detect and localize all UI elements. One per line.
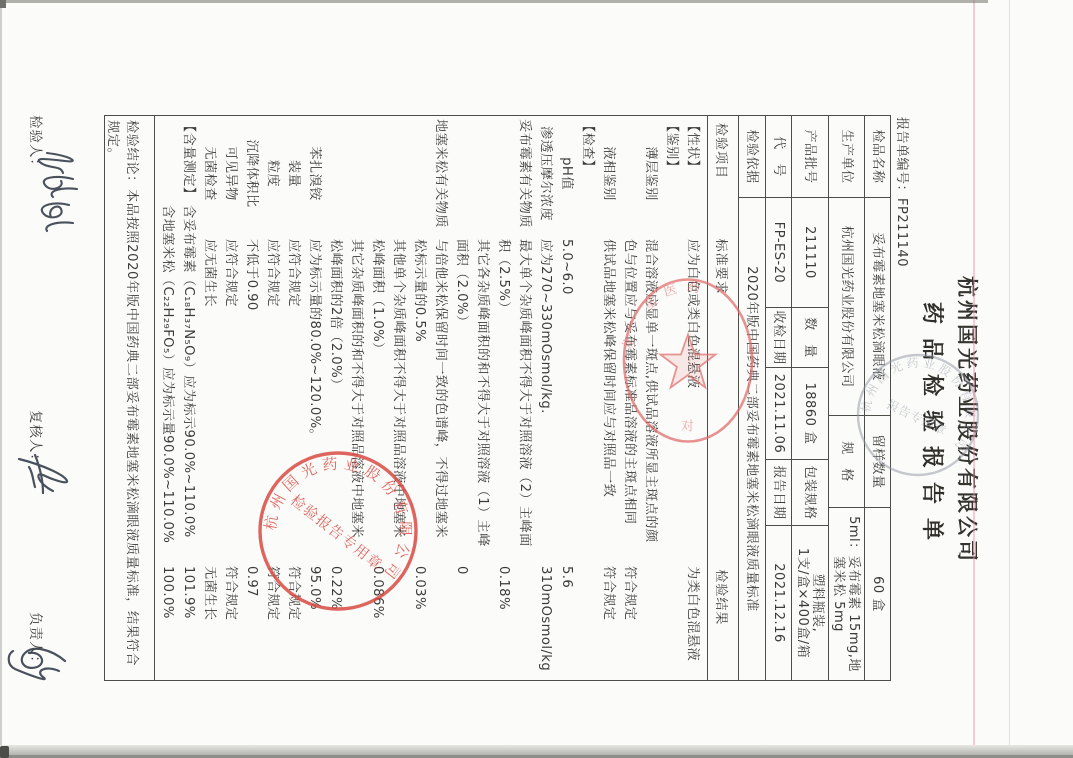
report-table: 检品名称 妥布霉素地塞米松滴眼液 留样数量 60 盒 生产单位 杭州国光药业股份… [104, 115, 891, 681]
test-item-result: 0.97 [241, 551, 262, 682]
test-item-standard: 含妥布霉素（C₁₈H₃₇N₅O₉）应为标示90.0%~110.0% [178, 205, 199, 551]
info-row-basis: 检验依据 2020年版中国药典二部妥布霉素地塞米松滴眼液质量标准 [738, 116, 765, 680]
conclusion-text: 本品按照2020年版中国药典二部妥布霉素地塞米松滴眼液质量标准，结果符合规定。 [105, 120, 139, 666]
scan-line-artifact [973, 0, 975, 758]
test-item-standard: 5.0~6.0 [556, 231, 577, 551]
test-item-label: 地塞米松有关物质 [409, 116, 451, 231]
test-item-row: 其它杂质峰面积的和不得大于对照品溶液中地塞米松峰面积的2倍（2.0%）0.22% [325, 116, 367, 680]
scan-corner-dot [0, 0, 6, 8]
test-item-label: 可见异物 [220, 116, 241, 231]
test-item-label: pH值 [556, 116, 577, 231]
sample-name-value: 妥布霉素地塞米松滴眼液 [865, 198, 890, 416]
test-item-standard: 最大单个杂质峰面积不得大于对照溶液（2）主峰面积（2.5%） [493, 231, 535, 551]
test-item-result: 符合规定 [619, 551, 640, 682]
test-item-label: 【性状】 [682, 116, 703, 231]
sample-name-label: 检品名称 [865, 116, 890, 198]
test-item-label [367, 116, 409, 231]
test-item-result: 为类白色混悬液 [682, 551, 703, 682]
spec-label: 规 格 [829, 416, 864, 508]
test-item-row: 渗透压摩尔浓度应为270~330mOsmol/kg.310mOsmol/kg [535, 116, 556, 680]
test-item-label: 渗透压摩尔浓度 [535, 116, 556, 231]
info-row-manufacturer: 生产单位 杭州国光药业股份有限公司 规 格 5ml：妥布霉素 15mg,地塞米松… [828, 116, 864, 680]
test-table-header: 检验项目 标准要求 检验结果 [707, 116, 738, 680]
company-name: 杭州国光药业股份有限公司 [953, 100, 983, 740]
test-item-standard: 含地塞米松（C₂₂H₂₉FO₅）应为标示量90.0%~110.0% [157, 205, 178, 551]
test-item-row: pH值5.0~6.05.6 [556, 116, 577, 680]
info-row-batch: 产品批号 211110 数 量 18860 盒 包装规格 塑料瓶装, 1支/盒×… [791, 116, 828, 680]
report-date-label: 报告日期 [766, 460, 791, 526]
test-item-result: 95.0% [304, 551, 325, 682]
test-item-row: 沉降体积比不低于0.900.97 [241, 116, 262, 680]
reviewer-signature [11, 445, 73, 501]
test-item-row: 装量应符合规定符合规定 [283, 116, 304, 680]
test-item-standard: 应为白色或类白色混悬液 [682, 231, 703, 551]
test-item-result: 5.6 [556, 551, 577, 682]
inspector-signature [21, 147, 91, 239]
report-date-value: 2021.12.16 [766, 526, 791, 680]
test-item-standard: 应为270~330mOsmol/kg. [535, 231, 556, 551]
header-standard: 标准要求 [714, 231, 733, 550]
scan-edge-top [0, 0, 988, 3]
test-item-result: 310mOsmol/kg [535, 551, 556, 682]
test-item-label: 沉降体积比 [241, 116, 262, 231]
test-item-result: 100.0% [157, 551, 178, 682]
test-item-standard: 其它杂质峰面积的和不得大于对照品溶液中地塞米松峰面积的2倍（2.0%） [325, 231, 367, 551]
manufacturer-value: 杭州国光药业股份有限公司 [829, 198, 864, 416]
basis-value: 2020年版中国药典二部妥布霉素地塞米松滴眼液质量标准 [739, 198, 765, 680]
manufacturer-label: 生产单位 [829, 116, 864, 198]
pack-spec-value: 塑料瓶装, 1支/盒×400盒/箱 [792, 526, 828, 680]
test-item-result: 0.03% [409, 551, 430, 682]
test-item-standard [577, 231, 598, 551]
test-item-result: 0.086% [367, 551, 388, 682]
test-item-standard: 应无菌生长 [199, 231, 220, 551]
test-item-label: 无菌检查 [199, 116, 220, 231]
test-item-row: 其它各杂质峰面积的和不得大于对照溶液（1）主峰面积（2.0%）0 [451, 116, 493, 680]
test-item-row: 可见异物应符合规定符合规定 [220, 116, 241, 680]
received-date-label: 收检日期 [766, 308, 791, 368]
test-item-standard [661, 231, 682, 551]
signature-row: 检验人： 复核人： 负责人： [1, 115, 61, 715]
test-item-row: 含地塞米松（C₂₂H₂₉FO₅）应为标示量90.0%~110.0%100.0% [157, 116, 178, 680]
test-item-row: 【检查】 [577, 116, 598, 680]
batch-value: 211110 [792, 198, 828, 308]
code-label: 代 号 [766, 116, 791, 198]
test-item-row: 液相鉴别供试品地塞米松峰保留时间应与对照品一致符合规定 [598, 116, 619, 680]
test-item-row: 【鉴别】 [661, 116, 682, 680]
scan-edge-bottom [0, 745, 1073, 758]
info-row-sample: 检品名称 妥布霉素地塞米松滴眼液 留样数量 60 盒 [864, 116, 890, 680]
pack-spec-label: 包装规格 [792, 460, 828, 526]
test-rows: 【性状】应为白色或类白色混悬液为类白色混悬液【鉴别】薄层鉴别混合溶液应显单一斑点… [155, 116, 707, 680]
retained-qty-label: 留样数量 [865, 416, 890, 508]
test-item-standard: 应符合规定 [283, 231, 304, 551]
retained-qty-value: 60 盒 [865, 508, 890, 680]
test-item-label: 薄层鉴别 [619, 116, 661, 231]
test-item-label: 装量 [283, 116, 304, 231]
test-item-label: 粒度 [262, 116, 283, 231]
test-item-standard: 其它各杂质峰面积的和不得大于对照溶液（1）主峰面积（2.0%） [451, 231, 493, 551]
test-item-standard: 不低于0.90 [241, 231, 262, 551]
test-item-label: 【鉴别】 [661, 116, 682, 231]
test-item-label: 妥布霉素有关物质 [493, 116, 535, 231]
conclusion-label: 检验结论： [124, 120, 139, 189]
quantity-value: 18860 盒 [792, 368, 828, 460]
approver-signature [3, 627, 69, 689]
test-item-label: 苯扎溴铵 [304, 116, 325, 231]
test-item-label: 液相鉴别 [598, 116, 619, 231]
basis-label: 检验依据 [739, 116, 765, 198]
received-date-value: 2021.11.06 [766, 368, 791, 460]
test-item-row: 粒度应符合规定符合规定 [262, 116, 283, 680]
info-row-code: 代 号 FP-ES-20 收检日期 2021.11.06 报告日期 2021.1… [765, 116, 791, 680]
test-item-row: 妥布霉素有关物质最大单个杂质峰面积不得大于对照溶液（2）主峰面积（2.5%）0.… [493, 116, 535, 680]
report-document: 杭州国光药业股份有限公司 药品检验报告单 报告单编号：FP211140 检品名称… [0, 0, 1073, 758]
test-item-standard: 供试品地塞米松峰保留时间应与对照品一致 [598, 231, 619, 551]
test-item-standard: 与倍他米松保留时间一致的色谱峰，不得过地塞米松标示量的0.5% [409, 231, 451, 551]
test-item-standard: 应为标示量的80.0%~120.0%。 [304, 231, 325, 551]
code-value: FP-ES-20 [766, 198, 791, 308]
test-item-label [325, 116, 367, 231]
test-item-standard: 混合溶液应显单一斑点,供试品溶液所显主斑点的颜色与位置应与妥布霉素标准品溶液的主… [619, 231, 661, 551]
report-number: 报告单编号：FP211140 [894, 117, 913, 267]
page-title: 药品检验报告单 [918, 108, 949, 748]
test-item-result: 0.18% [493, 551, 514, 682]
test-item-row: 其他单个杂质峰面积不得大于对照品溶液中地塞米松峰面积（1.0%）0.086% [367, 116, 409, 680]
header-test-item: 检验项目 [714, 116, 733, 231]
test-item-row: 【含量测定】含妥布霉素（C₁₈H₃₇N₅O₉）应为标示90.0%~110.0%1… [178, 116, 199, 680]
test-item-standard: 其他单个杂质峰面积不得大于对照品溶液中地塞米松峰面积（1.0%） [367, 231, 409, 551]
test-item-result: 0.22% [325, 551, 346, 682]
scan-page-edge [1009, 0, 1010, 758]
test-item-label: 【检查】 [577, 116, 598, 231]
test-item-result: 符合规定 [262, 551, 283, 682]
test-item-row: 薄层鉴别混合溶液应显单一斑点,供试品溶液所显主斑点的颜色与位置应与妥布霉素标准品… [619, 116, 661, 680]
test-item-result: 符合规定 [598, 551, 619, 682]
scan-corner-mark [0, 746, 9, 758]
test-item-result: 0 [451, 551, 472, 682]
spec-value: 5ml：妥布霉素 15mg,地塞米松 5mg [829, 508, 864, 680]
header-result: 检验结果 [714, 549, 733, 680]
test-item-row: 无菌检查应无菌生长无菌生长 [199, 116, 220, 680]
report-number-value: FP211140 [894, 198, 909, 267]
test-item-standard: 应符合规定 [220, 231, 241, 551]
test-item-standard: 应符合规定 [262, 231, 283, 551]
conclusion-row: 检验结论：本品按照2020年版中国药典二部妥布霉素地塞米松滴眼液质量标准，结果符… [105, 116, 155, 680]
test-item-row: 苯扎溴铵应为标示量的80.0%~120.0%。95.0% [304, 116, 325, 680]
report-number-label: 报告单编号： [894, 117, 909, 198]
test-item-label [451, 116, 493, 231]
test-item-result: 无菌生长 [199, 551, 220, 682]
test-item-result: 符合规定 [220, 551, 241, 682]
test-item-result: 101.9% [178, 551, 199, 682]
scan-edge-left [0, 0, 2, 748]
quantity-label: 数 量 [792, 308, 828, 368]
scanned-report-page: 杭州国光药业股份有限公司 药品检验报告单 报告单编号：FP211140 检品名称… [0, 0, 1073, 758]
test-item-row: 地塞米松有关物质与倍他米松保留时间一致的色谱峰，不得过地塞米松标示量的0.5%0… [409, 116, 451, 680]
test-item-result: 符合规定 [283, 551, 304, 682]
test-item-row: 【性状】应为白色或类白色混悬液为类白色混悬液 [682, 116, 703, 680]
batch-label: 产品批号 [792, 116, 828, 198]
